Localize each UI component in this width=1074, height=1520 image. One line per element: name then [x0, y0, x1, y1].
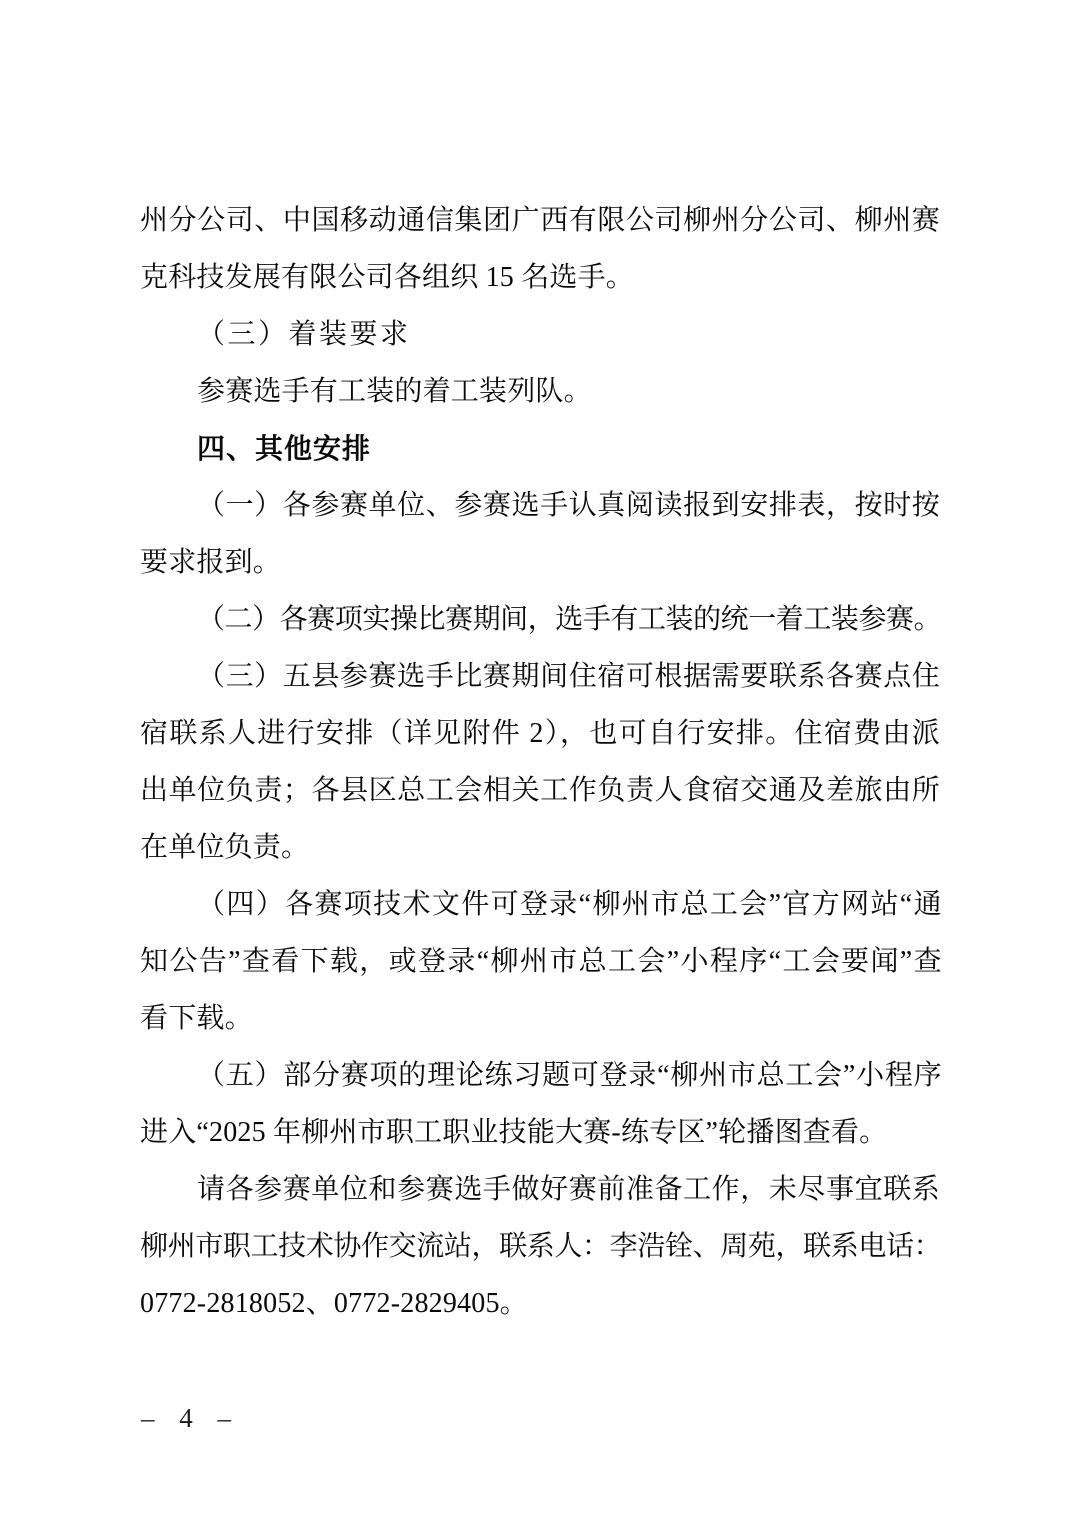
text-line: （三）五县参赛选手比赛期间住宿可根据需要联系各赛点住	[140, 648, 940, 705]
text-line: 宿联系人进行安排（详见附件 2），也可自行安排。住宿费由派	[140, 705, 940, 762]
document-text: 州分公司、中国移动通信集团广西有限公司柳州分公司、柳州赛克科技发展有限公司各组织…	[140, 192, 940, 1332]
text-line: 州分公司、中国移动通信集团广西有限公司柳州分公司、柳州赛	[140, 192, 940, 249]
text-line: （一）各参赛单位、参赛选手认真阅读报到安排表，按时按	[140, 477, 940, 534]
text-line: 要求报到。	[140, 534, 940, 591]
text-line: 看下载。	[140, 990, 940, 1047]
chapter-heading: 四、其他安排	[140, 420, 940, 477]
text-line: 出单位负责；各县区总工会相关工作负责人食宿交通及差旅由所	[140, 762, 940, 819]
text-line: （五）部分赛项的理论练习题可登录“柳州市总工会”小程序	[140, 1047, 940, 1104]
text-line: （四）各赛项技术文件可登录“柳州市总工会”官方网站“通	[140, 876, 940, 933]
text-line: 柳州市职工技术协作交流站，联系人：李浩铨、周苑，联系电话：	[140, 1218, 940, 1275]
text-line: 进入“2025 年柳州市职工职业技能大赛-练专区”轮播图查看。	[140, 1104, 940, 1161]
page-number: – 4 –	[141, 1398, 240, 1438]
text-line: 在单位负责。	[140, 819, 940, 876]
text-line: （二）各赛项实操比赛期间，选手有工装的统一着工装参赛。	[140, 591, 940, 648]
text-line: 克科技发展有限公司各组织 15 名选手。	[140, 249, 940, 306]
text-line: 请各参赛单位和参赛选手做好赛前准备工作，未尽事宜联系	[140, 1161, 940, 1218]
document-page: 州分公司、中国移动通信集团广西有限公司柳州分公司、柳州赛克科技发展有限公司各组织…	[0, 0, 1074, 1520]
section-heading: （三）着装要求	[140, 306, 940, 363]
text-line: 0772-2818052、0772-2829405。	[140, 1275, 940, 1332]
text-line: 知公告”查看下载，或登录“柳州市总工会”小程序“工会要闻”查	[140, 933, 940, 990]
text-line: 参赛选手有工装的着工装列队。	[140, 363, 940, 420]
